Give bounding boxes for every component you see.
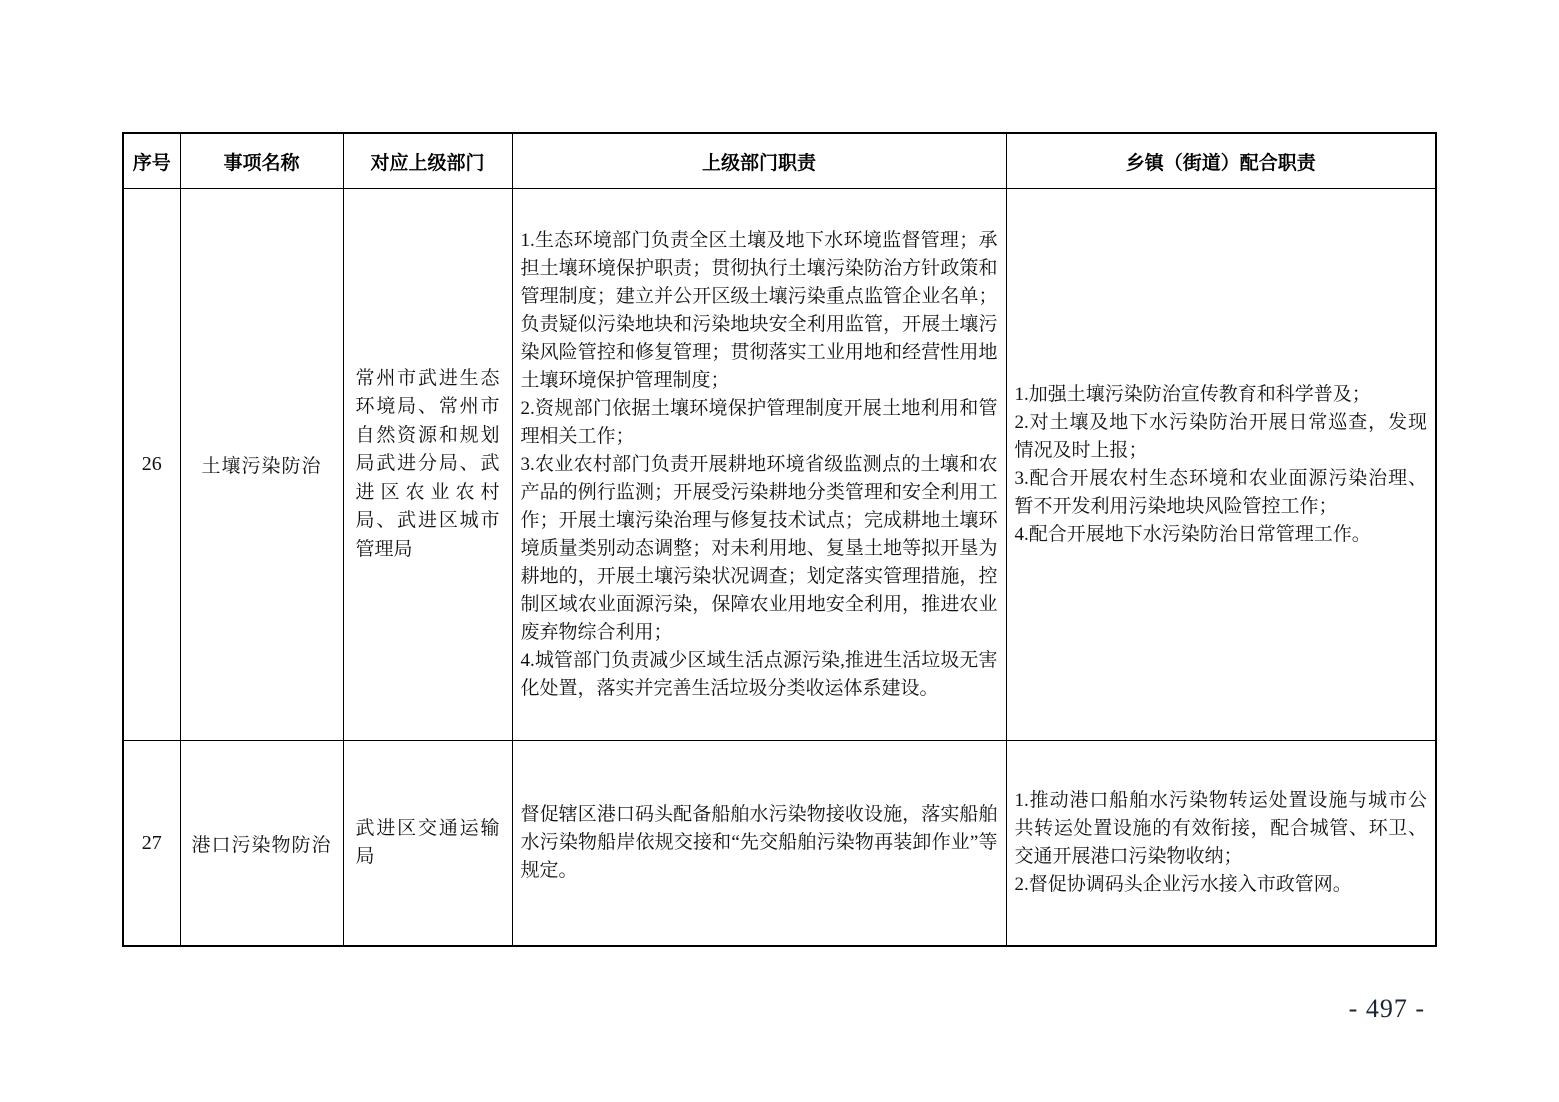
document-page: 序号 事项名称 对应上级部门 上级部门职责 乡镇（街道）配合职责 26 土壤污染… <box>0 0 1559 1102</box>
table-row-27: 27 港口污染物防治 武进区交通运输局 督促辖区港口码头配备船舶水污染物接收设施… <box>123 741 1436 947</box>
responsibility-table: 序号 事项名称 对应上级部门 上级部门职责 乡镇（街道）配合职责 26 土壤污染… <box>122 132 1437 947</box>
coop-paragraph: 2.对土壤及地下水污染防治开展日常巡查，发现情况及时上报； <box>1015 409 1428 465</box>
table-row-26: 26 土壤污染防治 常州市武进生态环境局、常州市自然资源和规划局武进分局、武进区… <box>123 189 1436 741</box>
row-27-township-duties-cell: 1.推动港口船舶水污染物转运处置设施与城市公共转运处置设施的有效衔接，配合城管、… <box>1006 741 1436 947</box>
row-26-seq: 26 <box>123 189 180 741</box>
header-superior-duties: 上级部门职责 <box>512 133 1006 189</box>
duty-paragraph: 3.农业农村部门负责开展耕地环境省级监测点的土壤和农产品的例行监测；开展受污染耕… <box>521 451 998 647</box>
duty-paragraph: 2.资规部门依据土壤环境保护管理制度开展土地利用和管理相关工作； <box>521 395 998 451</box>
page-number: - 497 - <box>1349 994 1425 1024</box>
coop-paragraph: 1.加强土壤污染防治宣传教育和科学普及； <box>1015 381 1428 409</box>
header-township-duties: 乡镇（街道）配合职责 <box>1006 133 1436 189</box>
row-27-superior-duties-cell: 督促辖区港口码头配备船舶水污染物接收设施，落实船舶水污染物船岸依规交接和“先交船… <box>512 741 1006 947</box>
row-27-seq: 27 <box>123 741 180 947</box>
row-26-township-duties-cell: 1.加强土壤污染防治宣传教育和科学普及； 2.对土壤及地下水污染防治开展日常巡查… <box>1006 189 1436 741</box>
row-26-superior-duties-cell: 1.生态环境部门负责全区土壤及地下水环境监督管理；承担土壤环境保护职责；贯彻执行… <box>512 189 1006 741</box>
duty-paragraph: 督促辖区港口码头配备船舶水污染物接收设施，落实船舶水污染物船岸依规交接和“先交船… <box>521 801 998 885</box>
row-27-item-name: 港口污染物防治 <box>180 741 343 947</box>
coop-paragraph: 2.督促协调码头企业污水接入市政管网。 <box>1015 871 1428 899</box>
header-seq: 序号 <box>123 133 180 189</box>
header-department: 对应上级部门 <box>343 133 512 189</box>
header-item-name: 事项名称 <box>180 133 343 189</box>
row-26-department-text: 常州市武进生态环境局、常州市自然资源和规划局武进分局、武进区农业农村局、武进区城… <box>344 365 512 565</box>
duty-paragraph: 4.城管部门负责减少区域生活点源污染,推进生活垃圾无害化处置，落实并完善生活垃圾… <box>521 647 998 703</box>
coop-paragraph: 4.配合开展地下水污染防治日常管理工作。 <box>1015 521 1428 549</box>
row-26-item-name: 土壤污染防治 <box>180 189 343 741</box>
duty-paragraph: 1.生态环境部门负责全区土壤及地下水环境监督管理；承担土壤环境保护职责；贯彻执行… <box>521 227 998 395</box>
table-header-row: 序号 事项名称 对应上级部门 上级部门职责 乡镇（街道）配合职责 <box>123 133 1436 189</box>
coop-paragraph: 3.配合开展农村生态环境和农业面源污染治理、暂不开发利用污染地块风险管控工作； <box>1015 465 1428 521</box>
row-27-department-cell: 武进区交通运输局 <box>343 741 512 947</box>
coop-paragraph: 1.推动港口船舶水污染物转运处置设施与城市公共转运处置设施的有效衔接，配合城管、… <box>1015 787 1428 871</box>
row-27-department-text: 武进区交通运输局 <box>344 815 512 872</box>
row-26-department-cell: 常州市武进生态环境局、常州市自然资源和规划局武进分局、武进区农业农村局、武进区城… <box>343 189 512 741</box>
